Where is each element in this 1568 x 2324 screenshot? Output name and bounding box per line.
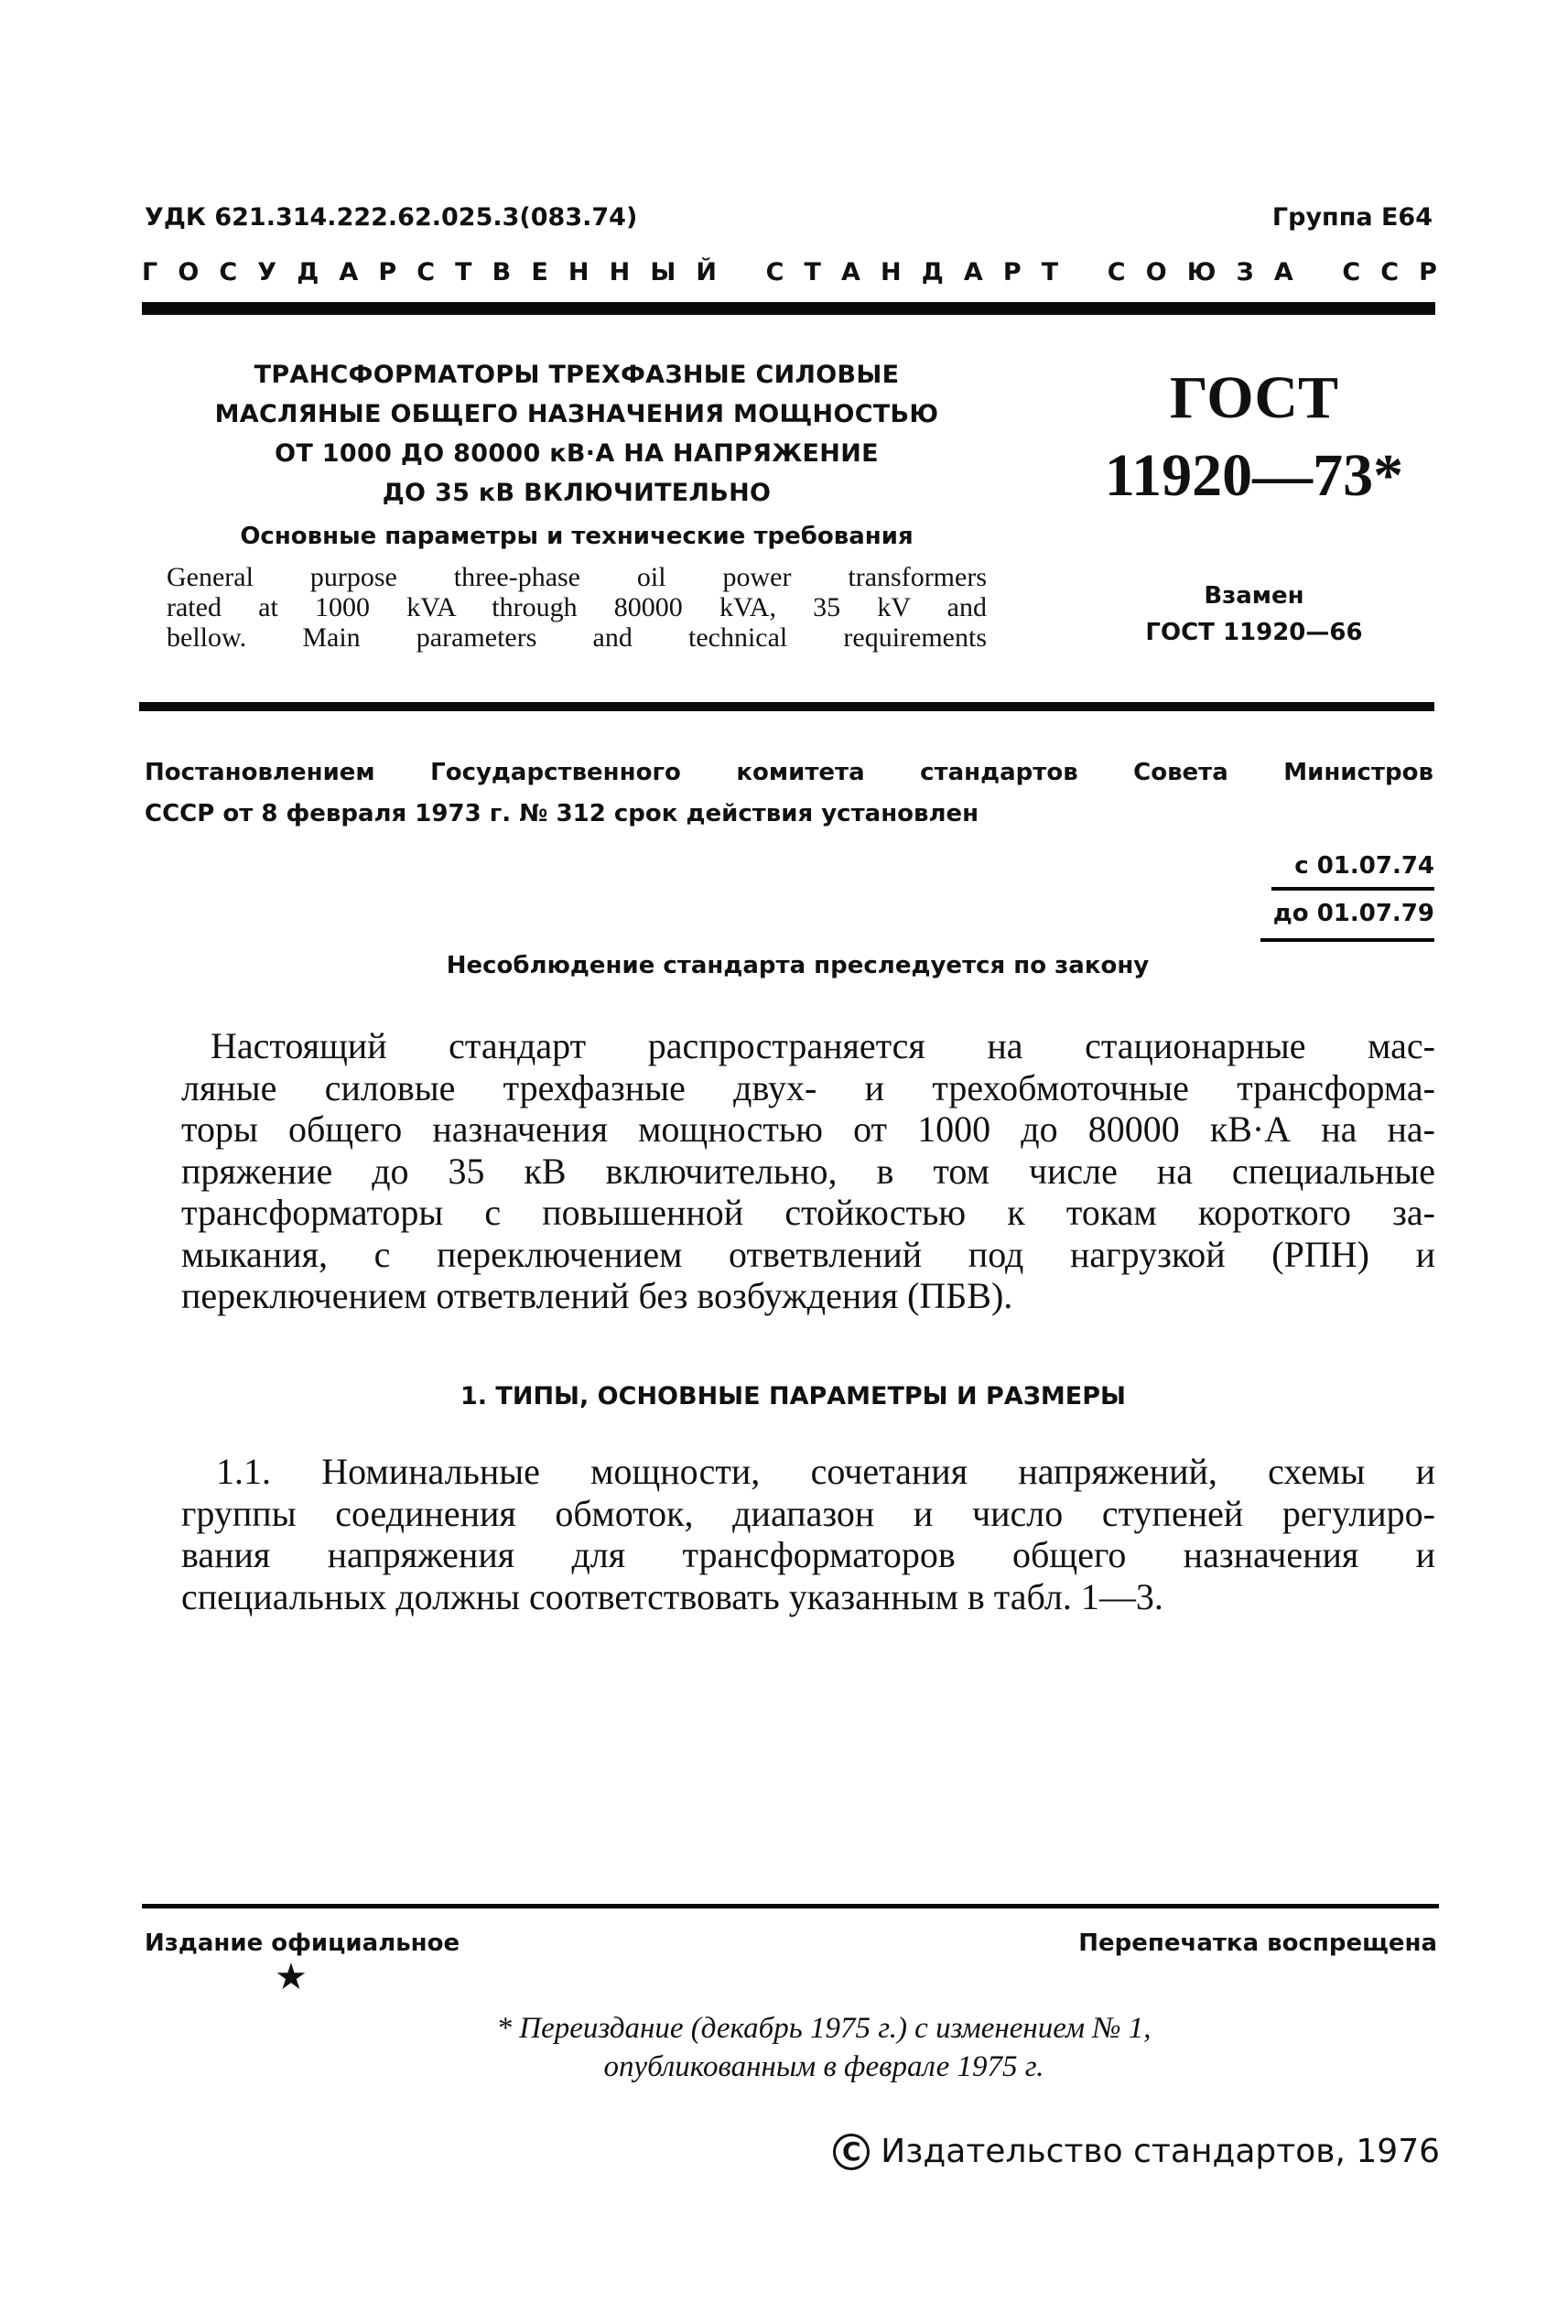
star-icon: ★ (275, 1959, 308, 1995)
decree-line-2: СССР от 8 февраля 1973 г. № 312 срок дей… (145, 794, 1433, 835)
subtitle-ru: Основные параметры и технические требова… (156, 518, 998, 555)
paragraph-line: пряжение до 35 кВ включительно, в том чи… (181, 1151, 1435, 1193)
validity-from: с 01.07.74 (1260, 847, 1434, 885)
banner-letter: Д (297, 258, 319, 286)
group-code: Группа Е64 (1272, 203, 1433, 232)
state-standard-banner: ГОСУДАРСТВЕННЫЙ СТАНДАРТ СОЮЗА ССР (142, 258, 1437, 286)
copyright: C Издательство стандартов, 1976 (833, 2133, 1440, 2170)
validity-rule (1260, 938, 1434, 942)
banner-letter: Т (805, 258, 821, 286)
title-en-line: bellow. Main parameters and technical re… (167, 622, 987, 653)
banner-gap (1078, 258, 1087, 286)
replaces-label: Взамен (1062, 578, 1446, 614)
banner-letter: Т (1042, 258, 1058, 286)
paragraph-line: 1.1. Номинальные мощности, сочетания нап… (181, 1451, 1435, 1493)
banner-gap (737, 258, 745, 286)
title-ru-line: ОТ 1000 ДО 80000 кВ·А НА НАПРЯЖЕНИЕ (156, 434, 998, 473)
banner-letter: Е (531, 258, 547, 286)
decree-line-1: ПостановлениемГосударственногокомитетаст… (145, 752, 1433, 794)
footnote-line: * Переиздание (декабрь 1975 г.) с измене… (366, 2009, 1281, 2048)
footer-rule (142, 1904, 1439, 1908)
paragraph-line: Настоящий стандарт распространяется на с… (181, 1025, 1435, 1067)
legal-warning: Несоблюдение стандарта преследуется по з… (0, 952, 1568, 979)
banner-letter: О (1146, 258, 1167, 286)
banner-letter: А (964, 258, 983, 286)
document-page: УДК 621.314.222.62.025.3(083.74) Группа … (0, 0, 1568, 2324)
paragraph-line: группы соединения обмоток, диапазон и чи… (181, 1493, 1435, 1535)
banner-letter: С (1342, 258, 1360, 286)
paragraph-line: ляные силовые трехфазные двух- и трехобм… (181, 1067, 1435, 1109)
banner-letter: У (257, 258, 276, 286)
title-ru-line: МАСЛЯНЫЕ ОБЩЕГО НАЗНАЧЕНИЯ МОЩНОСТЬЮ (156, 395, 998, 434)
banner-letter: Н (610, 258, 631, 286)
gost-number: 11920—73* (1062, 438, 1446, 513)
section-heading: 1. ТИПЫ, ОСНОВНЫЕ ПАРАМЕТРЫ И РАЗМЕРЫ (0, 1382, 1568, 1411)
decree-word: Совета (1133, 752, 1228, 794)
reissue-footnote: * Переиздание (декабрь 1975 г.) с измене… (366, 2009, 1281, 2086)
udk-code: УДК 621.314.222.62.025.3(083.74) (145, 203, 637, 232)
title-block: ТРАНСФОРМАТОРЫ ТРЕХФАЗНЫЕ СИЛОВЫЕ МАСЛЯН… (156, 355, 998, 653)
intro-paragraph: Настоящий стандарт распространяется на с… (181, 1025, 1435, 1317)
banner-letter: Ю (1187, 258, 1217, 286)
validity-rule (1271, 887, 1434, 891)
banner-letter: О (178, 258, 199, 286)
banner-letter: С (416, 258, 435, 286)
decree: ПостановлениемГосударственногокомитетаст… (145, 752, 1433, 835)
banner-letter: Г (142, 258, 157, 286)
paragraph-line: торы общего назначения мощностью от 1000… (181, 1108, 1435, 1151)
banner-gap (1314, 258, 1322, 286)
banner-letter: Н (881, 258, 902, 286)
banner-letter: С (766, 258, 784, 286)
banner-letter: Р (1419, 258, 1437, 286)
copyright-text: Издательство стандартов, 1976 (881, 2133, 1440, 2170)
banner-letter: А (1274, 258, 1293, 286)
gost-word: ГОСТ (1062, 362, 1446, 435)
title-en: General purpose three-phase oil power tr… (156, 562, 998, 653)
header-rule (142, 302, 1435, 315)
validity-to: до 01.07.79 (1260, 894, 1434, 933)
banner-letter: З (1237, 258, 1254, 286)
replaces-value: ГОСТ 11920—66 (1062, 614, 1446, 651)
paragraph-line: специальных должны соответствовать указа… (181, 1576, 1435, 1618)
gost-designation: ГОСТ 11920—73* Взамен ГОСТ 11920—66 (1062, 362, 1446, 651)
validity-period: с 01.07.74 до 01.07.79 (1260, 847, 1434, 946)
banner-letter: Т (455, 258, 471, 286)
reprint-notice: Перепечатка воспрещена (1078, 1929, 1437, 1957)
banner-letter: С (219, 258, 237, 286)
title-ru-line: ТРАНСФОРМАТОРЫ ТРЕХФАЗНЫЕ СИЛОВЫЕ (156, 355, 998, 395)
footnote-line: опубликованным в феврале 1975 г. (366, 2048, 1281, 2086)
banner-letter: Р (1003, 258, 1022, 286)
title-ru-line: ДО 35 кВ ВКЛЮЧИТЕЛЬНО (156, 473, 998, 513)
paragraph-line: трансформаторы с повышенной стойкостью к… (181, 1192, 1435, 1234)
banner-letter: Й (696, 258, 717, 286)
banner-letter: В (492, 258, 512, 286)
title-rule (139, 702, 1434, 711)
title-en-line: General purpose three-phase oil power tr… (167, 562, 987, 592)
title-ru: ТРАНСФОРМАТОРЫ ТРЕХФАЗНЫЕ СИЛОВЫЕ МАСЛЯН… (156, 355, 998, 513)
decree-word: комитета (736, 752, 864, 794)
paragraph-line: вания напряжения для трансформаторов общ… (181, 1534, 1435, 1576)
decree-word: стандартов (920, 752, 1078, 794)
copyright-icon: C (833, 2134, 870, 2170)
banner-letter: Д (922, 258, 944, 286)
paragraph-line: переключением ответвлений без возбуждени… (181, 1275, 1435, 1317)
edition-label: Издание официальное (145, 1929, 460, 1957)
banner-letter: С (1108, 258, 1126, 286)
banner-letter: А (841, 258, 860, 286)
banner-letter: Н (568, 258, 589, 286)
decree-word: Постановлением (145, 752, 375, 794)
clause-1-1: 1.1. Номинальные мощности, сочетания нап… (181, 1451, 1435, 1617)
decree-word: Государственного (430, 752, 681, 794)
paragraph-line: мыкания, с переключением ответвлений под… (181, 1234, 1435, 1276)
banner-letter: А (339, 258, 358, 286)
title-en-line: rated at 1000 kVA through 80000 kVA, 35 … (167, 592, 987, 622)
banner-letter: С (1380, 258, 1399, 286)
decree-word: Министров (1283, 752, 1433, 794)
banner-letter: Р (378, 258, 396, 286)
banner-letter: Ы (650, 258, 676, 286)
